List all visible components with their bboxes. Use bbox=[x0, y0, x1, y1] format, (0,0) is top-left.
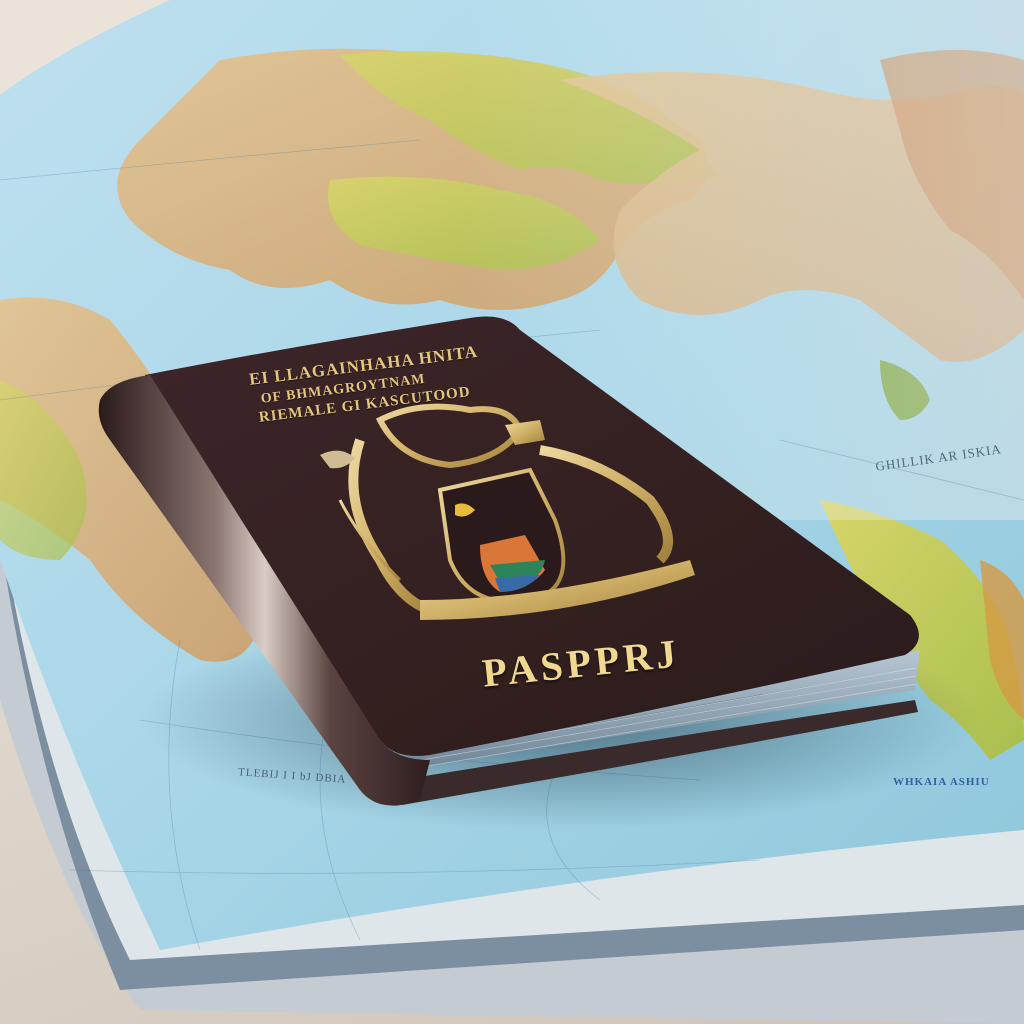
map-label: WHKAIA ASHIU bbox=[893, 776, 990, 788]
world-map bbox=[0, 0, 1024, 1024]
photo-scene: EI LLAGAINHAHA HNITA OF BHMAGROYTNAM RIE… bbox=[0, 0, 1024, 1024]
